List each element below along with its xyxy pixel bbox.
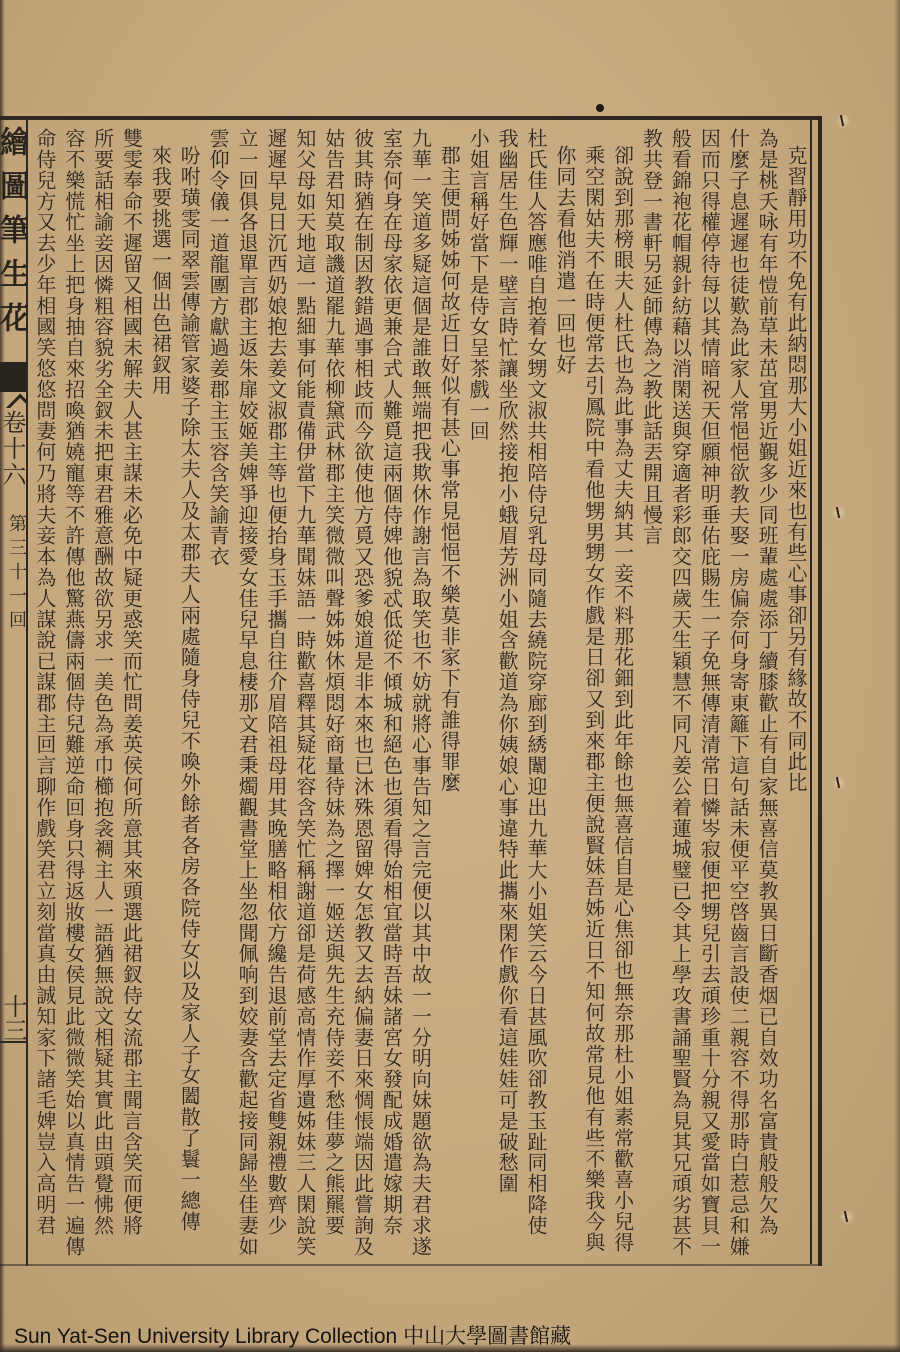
text-column: 九華一笑道多疑這個是誰敢無端把我欺休作謝言為取笑也不妨就將心事告知之言完便以其中…: [406, 128, 435, 1264]
text-column: 來我要挑選一個出色裙釵用: [146, 128, 175, 1264]
page-number: 十三: [0, 994, 27, 1042]
text-column: 你同去看他消遣一回也好: [550, 128, 579, 1264]
fishtail-ornament-icon: [0, 362, 26, 392]
text-column: 因而只得權停待每以其情暗祝天但願神明垂佑庇賜生一子免無傳清清常日憐岑寂便把甥兒引…: [694, 128, 723, 1264]
text-column: 般看錦袍花帽親針紡藉以消閑送與穿適者彩郎交四歲天生穎慧不同凡姜公着蓮城璧已令其上…: [666, 128, 695, 1264]
paper-tear-mark: [832, 776, 846, 790]
text-column: 乘空閑姑夫不在時便常去引鳳院中看他甥男甥女作戲是日卻又到來郡主便說賢妹吾姊近日不…: [579, 128, 608, 1264]
text-column: 克習靜用功不免有此納悶那大小姐近來也有些心事卻另有緣故不同此比: [781, 128, 810, 1264]
text-column: 小姐言稱好當下是侍女呈茶戲一回: [463, 128, 492, 1264]
text-column: 什麼子息遲遲也徒歎為此家人常悒悒欲教夫娶一房偏奈何身寄東籬下這句話未便平空啓齒言…: [723, 128, 752, 1264]
text-column: 室奈何身在母家依更兼合式人難覓這兩個侍婢他貌忒低從不傾城和絕色也須看得始相宜當時…: [377, 128, 406, 1264]
text-column: 彼其時猶在制因教錯過事相歧而今欲使他方覓又恐爹娘道是非本來也已沐殊恩留婢女怎教又…: [348, 128, 377, 1264]
text-column: 杜氏佳人答應唯自抱着女甥文淑共相陪侍兒乳母同隨去繞院穿廊到綉闈迎出九華大小姐笑云…: [521, 128, 550, 1264]
paper-tear-mark: [840, 1210, 854, 1224]
text-column: 吩咐璜雯同翠雲傳諭管家婆子除太夫人及太郡夫人兩處隨身侍兒不喚外餘者各房各院侍女以…: [174, 128, 203, 1264]
binding-hole-dot: [596, 104, 604, 112]
text-column: 立一回俱各退單言郡主返朱扉姣姬美婢爭迎接愛女佳兒早息棲那文君秉燭觀書堂上坐忽聞佩…: [232, 128, 261, 1264]
page-right-edge-shadow: [894, 0, 900, 1352]
chapter-label: 第三十一回: [4, 514, 28, 644]
text-column: 卻說到那榜眼夫人杜氏也為此事為丈夫納其一妾不料那花鈿到此年餘也無喜信自是心焦卻也…: [608, 128, 637, 1264]
paper-tear-mark: [832, 506, 846, 520]
text-column: 郡主便問姊姊何故近日好似有甚心事常見悒悒不樂莫非家下有誰得罪麼: [434, 128, 463, 1264]
main-text-block: 克習靜用功不免有此納悶那大小姐近來也有些心事卻另有緣故不同此比 為是桃夭咏有年愷…: [30, 128, 810, 1264]
text-column: 為是桃夭咏有年愷前草未茁宜男近覲多少同班輩處處添丁續膝歡止有自家無喜信莫教異日斷…: [752, 128, 781, 1264]
text-column: 容不樂慌忙坐上把身抽自來招喚猶嬈寵等不許傳他驚燕儔兩個侍兒難逆命回身只得返妝樓女…: [59, 128, 88, 1264]
fishtail-notch-icon: [0, 390, 26, 408]
frame-right-outer-rule: [818, 116, 822, 1266]
text-column: 我幽居生色輝一壁言時忙讓坐欣然接抱小蛾眉芳洲小姐含歡道為你姨娘心事違特此攜來閑作…: [492, 128, 521, 1264]
text-column: 命侍兒方又去少年相國笑悠悠問妻何乃將夫妾本為人謀說已謀郡主回言聊作戲笑君立刻當真…: [30, 128, 59, 1264]
text-column: 教共登一書軒另延師傅為之教此話丟開且慢言: [637, 128, 666, 1264]
volume-label: 卷十六: [0, 410, 27, 500]
text-column: 知父母如天地這一點細事何能責備伊當下九華聞妹語一時歡喜釋其疑花容含笑忙稱謝道卻是…: [290, 128, 319, 1264]
text-column: 雲仰令儀一道龍團方獻過姜郡主玉容含笑諭青衣: [203, 128, 232, 1264]
book-title: 繪圖筆生花: [0, 126, 28, 366]
text-column: 姑告君知莫取譏道罷九華依柳黛武林郡主笑微微叫聲姊姊休煩悶好商量待妹為之擇一姬送與…: [319, 128, 348, 1264]
text-column: 遲遲早見日沉西奶娘抱去姜文淑郡主等也便抬身玉手攜自往介眉陪祖母用其晚膳略相依方纔…: [261, 128, 290, 1264]
text-column: 所要話相諭妾因憐粗容貌劣全釵未把東君雅意酬故欲另求一美色為承巾櫛抱衾裯主人一語猶…: [88, 128, 117, 1264]
text-column: 雙雯奉命不遲留又相國未解夫人甚主謀未必免中疑更惑笑而忙問姜英侯何所意其來頭選此裙…: [117, 128, 146, 1264]
frame-bottom-rule: [0, 1264, 822, 1266]
paper-tear-mark: [836, 114, 850, 128]
page-number-rule: [0, 1041, 27, 1043]
frame-top-rule: [0, 116, 822, 120]
collection-credit: Sun Yat-Sen University Library Collectio…: [14, 1320, 571, 1350]
frame-right-inner-rule: [810, 120, 812, 1264]
